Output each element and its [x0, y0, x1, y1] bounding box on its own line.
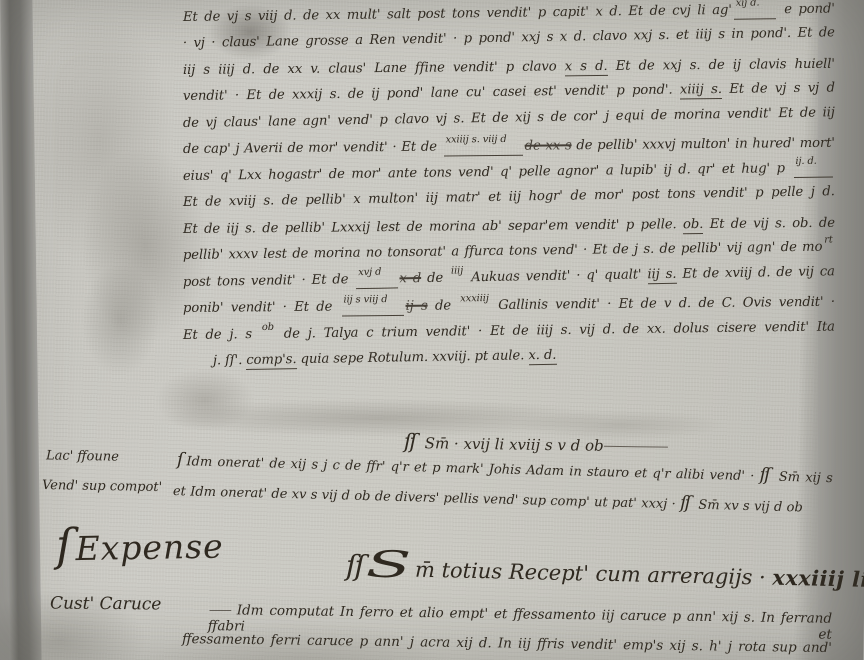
text-run: m̄ totius Recept' cum arreragijs · — [415, 558, 773, 590]
text-run: iij s iiij d. de xx v. claus' Lane ffine… — [183, 59, 565, 78]
summa-totius-recepti-line: ſſSm̄ totius Recept' cum arreragijs · xx… — [346, 541, 864, 599]
text-run: Et de vj s vj d — [722, 80, 835, 96]
interlinear-insert: xxiiij s. viij d — [443, 127, 522, 156]
struck-text: x d — [399, 271, 421, 286]
text-run: j. ſſ'. — [213, 353, 247, 369]
paraph-mark: ſ — [177, 450, 182, 470]
underlined-text: x s d. — [565, 58, 608, 75]
text-run: ponib' vendit' · Et de — [183, 299, 340, 316]
margin-note-vend-sup-compot: Vend' sup compot' — [42, 478, 162, 495]
text-run: pellib' xxxv lest de morina no tonsorat'… — [183, 240, 823, 263]
ink-text-layer: q'r rem in stauro · Et de x s. de j. hug… — [0, 0, 864, 660]
underlined-text: ob. — [683, 217, 703, 234]
receipts-text-block: q'r rem in stauro · Et de x s. de j. hug… — [183, 0, 835, 376]
manuscript-photo: q'r rem in stauro · Et de x s. de j. hug… — [0, 0, 864, 660]
text-run: Aukuas vendit' · q' qualt' — [465, 267, 647, 285]
custus-caruce-label: Cust' Caruce — [50, 594, 162, 615]
summa-receipts-line: ſſ Sm̄ · xvij li xviij s v d ob — [404, 429, 668, 457]
underlined-text: iij s. — [647, 266, 676, 283]
text-run: vendit' · Et de xxxij s. de ij pond' lan… — [183, 82, 680, 104]
text-run: Et de iij s. de pellib' Lxxxij lest de m… — [183, 217, 683, 237]
text-run: Sm̄ xij s — [773, 470, 833, 487]
interlinear-insert: xvj d — [356, 259, 398, 288]
underlined-text: x. d. — [528, 348, 556, 365]
text-run: de — [428, 298, 459, 313]
margin-note-lac-ffoune: Lac' ffoune — [46, 448, 119, 464]
underlined-text: comp's. — [246, 352, 296, 370]
interlinear-insert: xij d. — [734, 0, 776, 19]
interlinear-insert: ij. d. — [793, 148, 833, 177]
text-run: de cap' j Averii de mor' vendit' · Et de — [183, 140, 442, 157]
summa-initial: S — [365, 542, 411, 586]
stroke-tail — [604, 446, 668, 448]
text-run: Expense — [75, 527, 224, 569]
paraph-mark: ſſ — [680, 493, 690, 513]
interlinear-insert: iiij — [451, 258, 464, 285]
struck-text: ij s — [405, 299, 427, 314]
text-run: et Idm onerat' de xv s vij d ob de diver… — [173, 484, 681, 512]
text-run: Et de vj s viij d. de xx mult' salt post… — [183, 2, 732, 24]
text-run: e pond' — [778, 1, 835, 17]
onus-line: ſIdm onerat' de xij s j c de ffr' q'r et… — [177, 450, 833, 487]
paraph-mark: ſ — [56, 519, 71, 571]
underlined-text: xiiij s. — [680, 82, 722, 100]
text-run: Et de xxj s. de ij clavis huiell' — [607, 56, 835, 73]
paraph-mark: ſſ — [759, 465, 769, 485]
text-run: de — [421, 270, 449, 285]
interlinear-insert: xxxiiij — [460, 286, 489, 313]
sum-amount: xxxiiij li xix s viij d — [772, 565, 864, 595]
text-run: Sm̄ xv s vij d ob — [694, 498, 803, 516]
text-run: Sm̄ · xvij li xviij s v d ob — [420, 434, 604, 455]
onus-line: et Idm onerat' de xv s vij d ob de diver… — [173, 480, 803, 516]
text-run: · vj · claus' Lane grosse a Ren vendit' … — [183, 25, 835, 51]
interlinear-insert: iij s viij d — [341, 287, 403, 316]
paraph-mark: ſſ — [404, 429, 415, 453]
text-run: Et de xviij d. de vij ca — [676, 264, 835, 282]
text-run: Et de xviij s. de pellib' x multon' iij … — [183, 184, 835, 210]
text-run: post tons vendit' · Et de — [183, 272, 355, 290]
text-run: Idm onerat' de xij s j c de ffr' q'r et … — [186, 454, 760, 484]
interlinear-insert: rt — [824, 227, 833, 254]
text-run: de j. Talya c trium vendit' · Et de iiij… — [276, 319, 835, 341]
paraph-mark: ſſ — [346, 549, 364, 582]
text-run: eius' q' Lxx hogastr' de mor' ante tons … — [183, 161, 792, 184]
text-run: Et de j. s — [183, 326, 260, 342]
text-run: quia sepe Rotulum. xxviij. pt aule. — [296, 348, 528, 367]
struck-text: de xx s — [525, 138, 572, 153]
text-run: Et de vij s. ob. de — [703, 215, 835, 231]
expense-section-heading: ſExpense — [56, 517, 224, 572]
text-run: Gallinis vendit' · Et de v d. de C. Ovis… — [491, 295, 835, 313]
interlinear-insert: ob — [262, 314, 274, 341]
